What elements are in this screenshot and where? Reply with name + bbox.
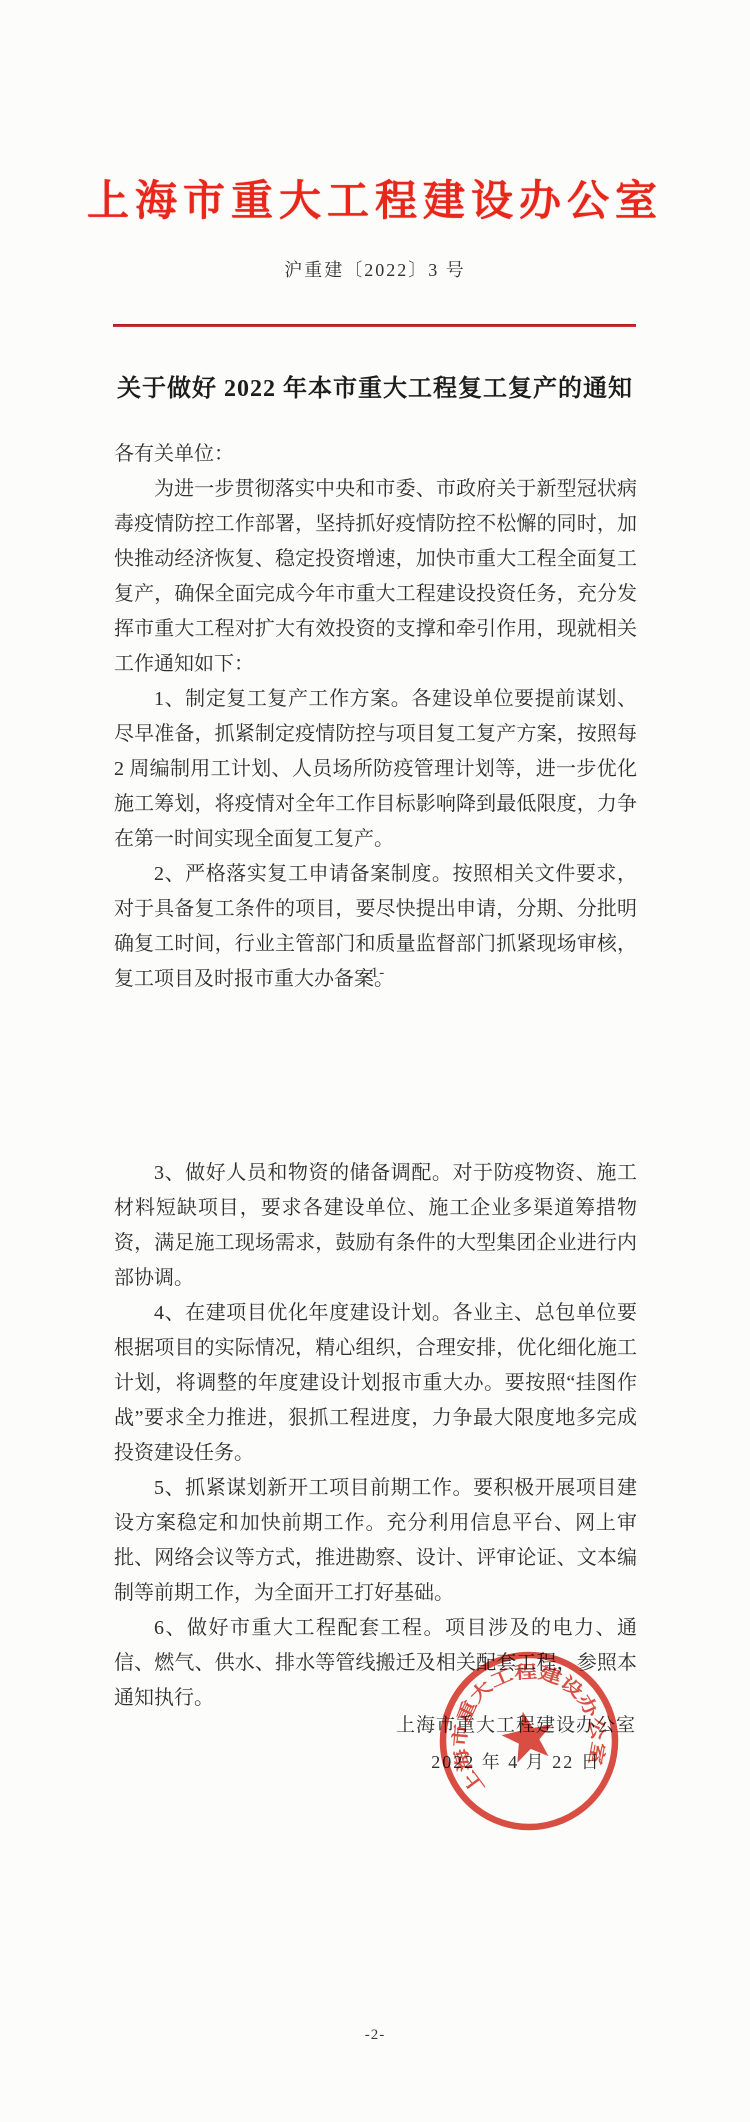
paragraph-item-4: 4、在建项目优化年度建设计划。各业主、总包单位要根据项目的实际情况，精心组织，合… [114,1296,637,1471]
page-number-1: -1- [0,965,750,982]
official-seal: 上海市重大工程建设办公室 [419,1631,640,1852]
doc-number: 沪重建〔2022〕3 号 [0,256,750,282]
page-number-2: -2- [0,2027,750,2044]
paragraph-intro: 为进一步贯彻落实中央和市委、市政府关于新型冠状病毒疫情防控工作部署，坚持抓好疫情… [114,472,637,682]
red-divider-rule [113,324,636,327]
paragraph-item-3: 3、做好人员和物资的储备调配。对于防疫物资、施工材料短缺项目，要求各建设单位、施… [114,1156,637,1296]
notice-title: 关于做好 2022 年本市重大工程复工复产的通知 [0,368,750,403]
page1-body: 各有关单位： 为进一步贯彻落实中央和市委、市政府关于新型冠状病毒疫情防控工作部署… [114,437,637,997]
paragraph-item-1: 1、制定复工复产工作方案。各建设单位要提前谋划、尽早准备，抓紧制定疫情防控与项目… [114,682,637,857]
paragraph-item-5: 5、抓紧谋划新开工项目前期工作。要积极开展项目建设方案稳定和加快前期工作。充分利… [114,1471,637,1611]
seal-star [498,1706,558,1764]
page2-body: 3、做好人员和物资的储备调配。对于防疫物资、施工材料短缺项目，要求各建设单位、施… [114,1156,637,1716]
salutation: 各有关单位： [114,437,637,472]
agency-masthead: 上海市重大工程建设办公室 [0,168,750,228]
